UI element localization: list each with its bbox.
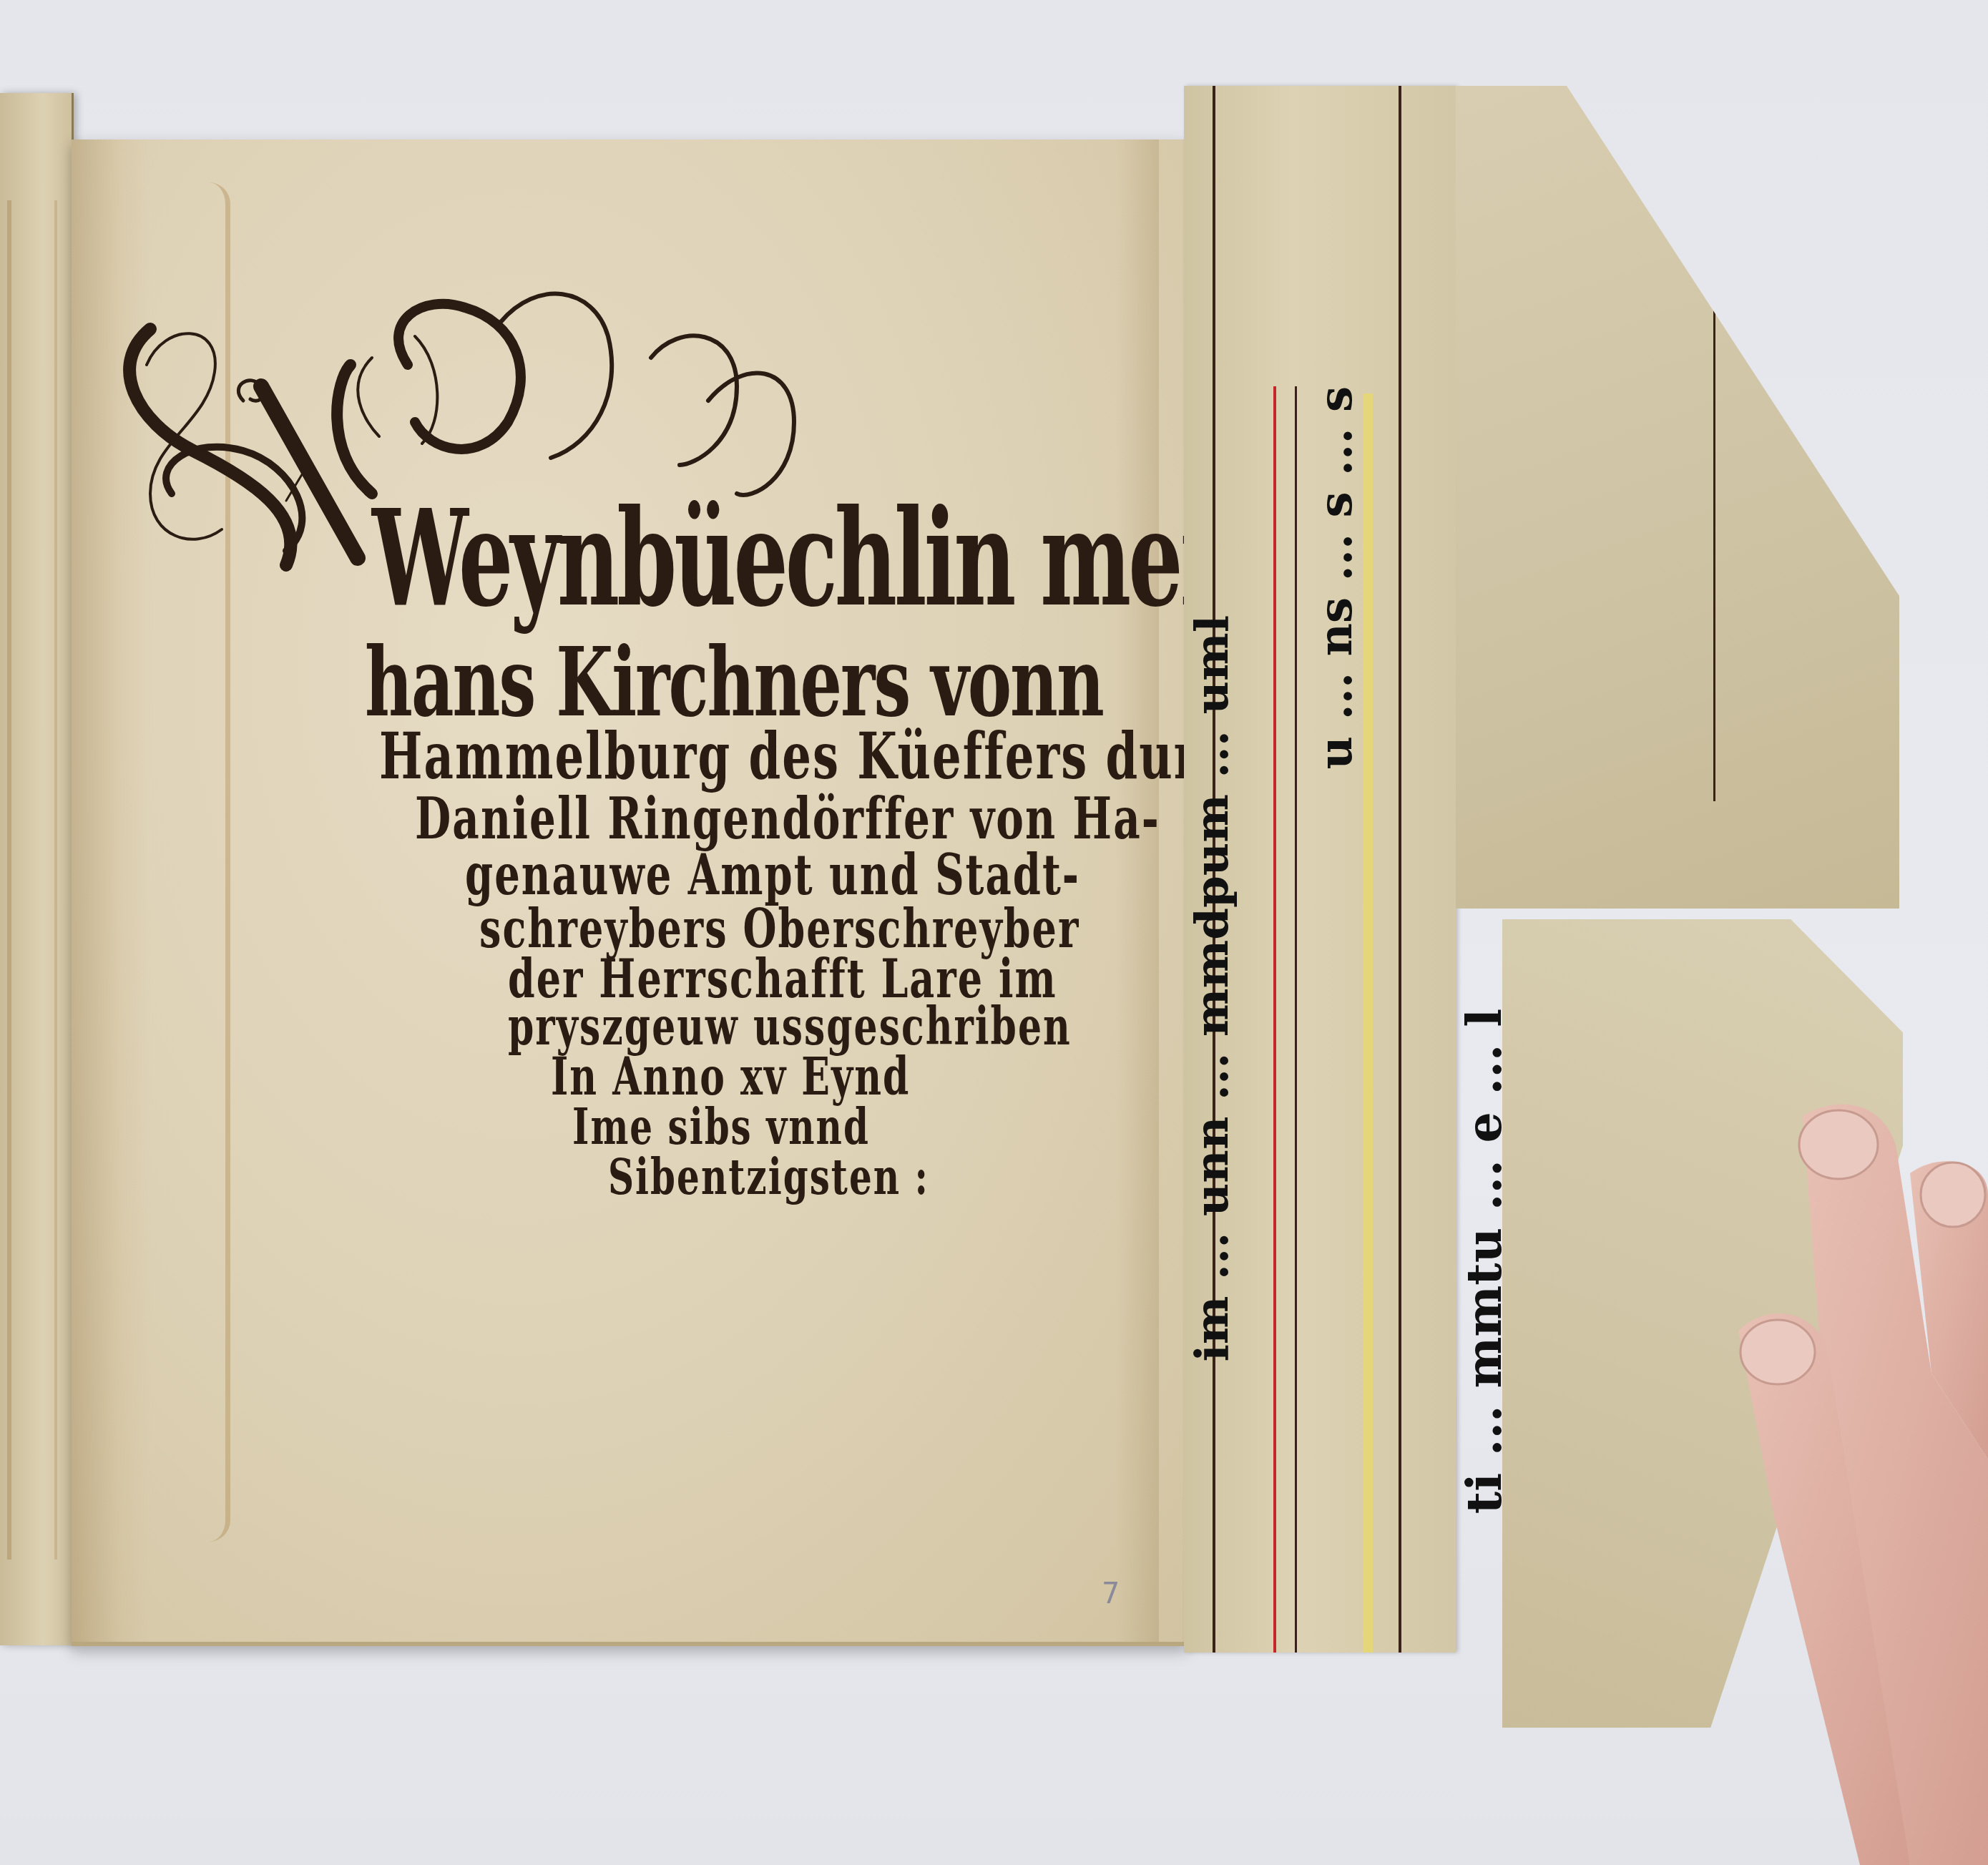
yellow-highlight-band [1363, 393, 1373, 1653]
ruling-line [1399, 86, 1401, 1653]
vellum-upper-flap[interactable] [1456, 86, 1899, 909]
photo-scene: 7 Weynbüechlin mein hans Kirchners vonn [0, 0, 1988, 1865]
ruling-line [1713, 222, 1715, 801]
rubric-red-line [1273, 386, 1276, 1653]
left-cover-board [0, 93, 74, 1645]
pencil-foliation: 7 [1102, 1577, 1120, 1610]
hand-holding-page [1695, 1087, 1988, 1865]
ruling-line [1295, 386, 1297, 1653]
vellum-text-col3: ti ... mmtu ... e ... l [1456, 1009, 1513, 1514]
calligraphic-title: Weynbüechlin mein hans Kirchners vonn Ha… [107, 279, 1145, 1137]
vellum-text-col2: u ... ns ... s ... s [1309, 386, 1363, 769]
title-line-11: Sibentzigsten : [608, 1147, 929, 1206]
vellum-text-col1: im ... unn ... mmdpum ... uml [1185, 615, 1239, 1362]
title-line-1: Weynbüechlin mein [372, 480, 1269, 637]
water-stain [7, 200, 57, 1560]
vellum-spine-fragment: im ... unn ... mmdpum ... uml u ... ns .… [1184, 86, 1456, 1653]
title-line-3: Hammelburg des Küeffers durch [379, 719, 1263, 794]
